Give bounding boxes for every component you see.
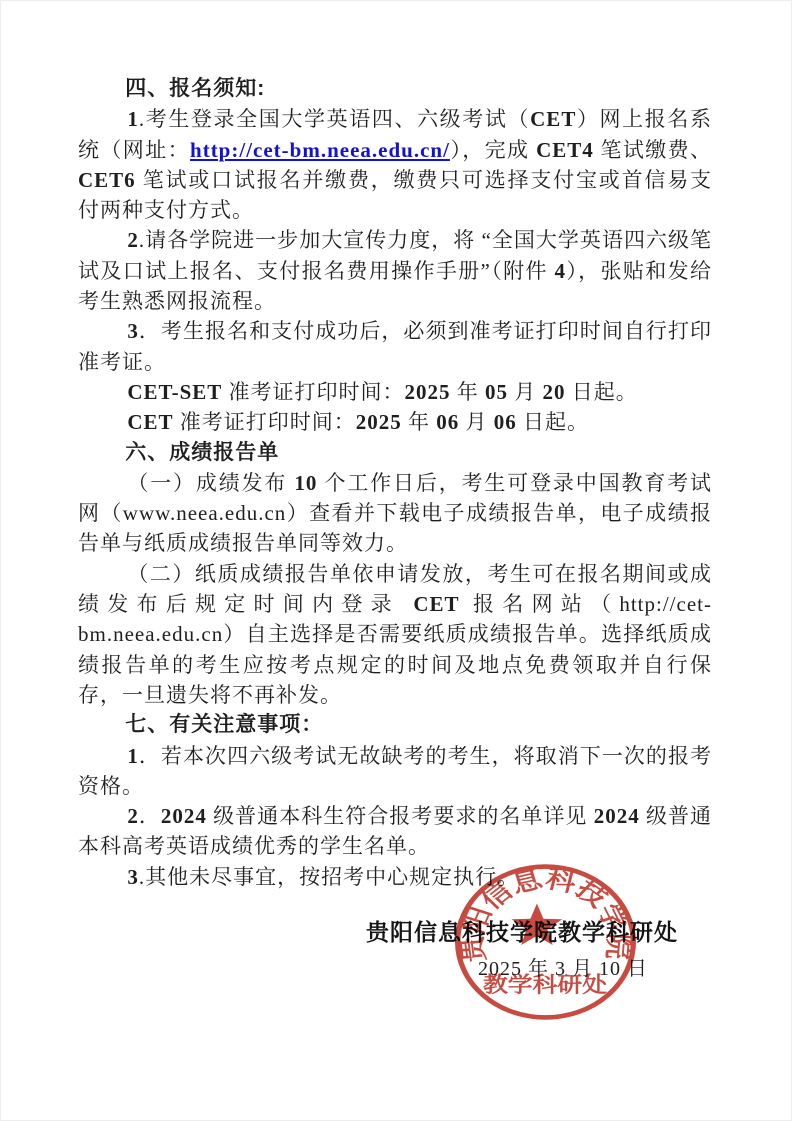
cjk-text: ．考生报名和支付成功后，必须到准考证打印时间自行打印准考证。 bbox=[78, 319, 712, 373]
cjk-text: .考生登录全国大学英语四、六级考试（ bbox=[139, 107, 530, 131]
latin-text: CET bbox=[127, 410, 173, 434]
cjk-text: 笔试或口试报名并缴费，缴费只可选择支付宝或首信易支付两种支付方式。 bbox=[78, 168, 712, 222]
paragraph: 1.考生登录全国大学英语四、六级考试（CET）网上报名系统（网址：http://… bbox=[78, 104, 712, 225]
latin-text: 06 bbox=[494, 410, 517, 434]
paragraph: CET-SET 准考证打印时间：2025 年 05 月 20 日起。 bbox=[78, 377, 712, 407]
latin-text: 1 bbox=[127, 744, 139, 768]
latin-text: 06 bbox=[436, 410, 459, 434]
latin-text: CET4 bbox=[536, 138, 594, 162]
cjk-text: 月 bbox=[459, 410, 494, 434]
latin-text: 2 bbox=[127, 804, 139, 828]
cjk-text: 七、有关注意事项： bbox=[125, 713, 323, 736]
document-page: 四、报名须知:1.考生登录全国大学英语四、六级考试（CET）网上报名系统（网址：… bbox=[0, 0, 792, 1121]
cjk-text: ．若本次四六级考试无故缺考的考生，将取消下一次的报考资格。 bbox=[78, 744, 712, 798]
cjk-text: ． bbox=[139, 804, 161, 828]
latin-text: 1 bbox=[127, 107, 139, 131]
cet-registration-link[interactable]: http://cet-bm.neea.edu.cn/ bbox=[190, 138, 450, 162]
cjk-text: 年 bbox=[402, 410, 437, 434]
cjk-text: 四、报名须知: bbox=[125, 77, 265, 100]
star-icon bbox=[512, 903, 563, 945]
cjk-text: 月 bbox=[508, 380, 543, 404]
paragraph: （一）成绩发布 10 个工作日后，考生可登录中国教育考试网（www.neea.e… bbox=[78, 468, 712, 559]
cjk-text: 准考证打印时间： bbox=[222, 380, 404, 404]
paragraph: 1．若本次四六级考试无故缺考的考生，将取消下一次的报考资格。 bbox=[78, 741, 712, 802]
latin-text: 2 bbox=[127, 228, 139, 252]
cjk-text: 六、成绩报告单 bbox=[125, 441, 279, 464]
cjk-text: 年 bbox=[451, 380, 486, 404]
stamp-ring-text: 贵阳信息科技学院 bbox=[454, 864, 636, 964]
latin-text: 2025 bbox=[356, 410, 402, 434]
latin-text: 05 bbox=[485, 380, 508, 404]
section-heading: 六、成绩报告单 bbox=[78, 438, 712, 468]
section-heading: 四、报名须知: bbox=[78, 74, 712, 104]
latin-text: 20 bbox=[543, 380, 566, 404]
paragraph: CET 准考证打印时间：2025 年 06 月 06 日起。 bbox=[78, 407, 712, 437]
cjk-text: ），完成 bbox=[450, 138, 536, 162]
latin-text: CET-SET bbox=[127, 380, 222, 404]
cjk-text: 准考证打印时间： bbox=[174, 410, 356, 434]
cjk-text: 笔试缴费、 bbox=[594, 138, 712, 162]
cjk-text: 日起。 bbox=[517, 410, 589, 434]
document-body: 四、报名须知:1.考生登录全国大学英语四、六级考试（CET）网上报名系统（网址：… bbox=[78, 74, 712, 892]
latin-text: 4 bbox=[554, 259, 566, 283]
latin-text: 10 bbox=[294, 471, 317, 495]
latin-text: 2024 bbox=[161, 804, 207, 828]
latin-text: 2025 bbox=[405, 380, 451, 404]
latin-text: 2024 bbox=[594, 804, 640, 828]
latin-text: CET bbox=[413, 592, 459, 616]
paragraph: （二）纸质成绩报告单依申请发放，考生可在报名期间或成绩发布后规定时间内登录 CE… bbox=[78, 559, 712, 710]
paragraph: 3．考生报名和支付成功后，必须到准考证打印时间自行打印准考证。 bbox=[78, 316, 712, 377]
paragraph: 2．2024 级普通本科生符合报考要求的名单详见 2024 级普通本科高考英语成… bbox=[78, 801, 712, 862]
latin-text: 3 bbox=[127, 319, 139, 343]
paragraph: 2.请各学院进一步加大宣传力度，将 “全国大学英语四六级笔试及口试上报名、支付报… bbox=[78, 225, 712, 316]
stamp-bottom-text: 教学科研处 bbox=[483, 973, 607, 998]
official-seal-stamp: 贵阳信息科技学院 教学科研处 bbox=[450, 860, 641, 1024]
cjk-text: 日起。 bbox=[566, 380, 638, 404]
latin-text: CET bbox=[530, 107, 576, 131]
cjk-text: （一）成绩发布 bbox=[127, 471, 294, 495]
latin-text: 3 bbox=[127, 865, 139, 889]
cjk-text: 级普通本科生符合报考要求的名单详见 bbox=[207, 804, 594, 828]
section-heading: 七、有关注意事项： bbox=[78, 710, 712, 740]
latin-text: CET6 bbox=[78, 168, 136, 192]
